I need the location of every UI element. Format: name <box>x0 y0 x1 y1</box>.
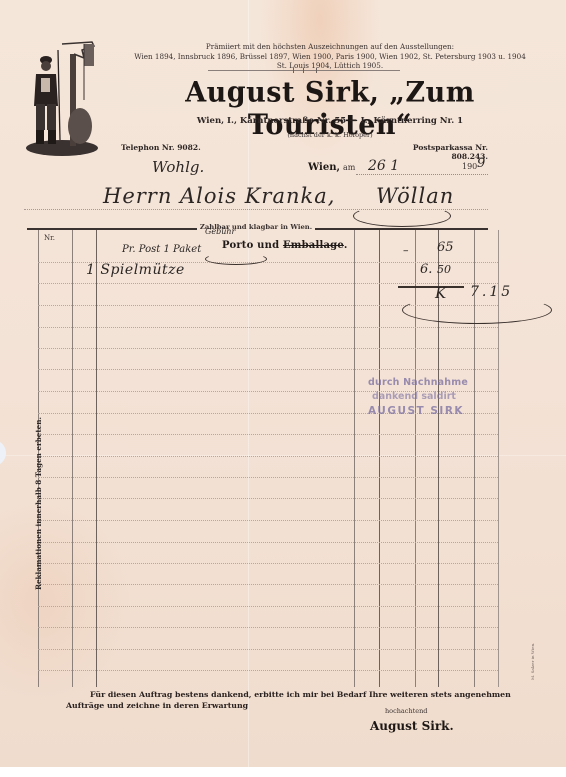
ornament-center <box>293 68 317 73</box>
row1-flourish <box>205 253 267 265</box>
row2-kronen: 6. <box>420 262 432 277</box>
row1-description: Pr. Post 1 Paket <box>122 244 201 255</box>
emballage-struck: Emballage <box>283 240 344 251</box>
printer-mark: M. Salzer in Wien. <box>530 643 535 680</box>
row-line <box>38 542 498 543</box>
row-line <box>38 520 498 521</box>
stamp-line-1: durch Nachnahme <box>368 376 488 390</box>
payable-rule-left <box>27 228 197 230</box>
porto-period: . <box>344 240 348 251</box>
row-line <box>38 670 498 671</box>
address-note: (nächst der k. k. Hofoper) <box>120 131 540 139</box>
closing-line-1: Für diesen Auftrag bestens dankend, erbi… <box>90 690 511 699</box>
complaints-note: Reklamationen innerhalb 8 Tagen erbeten. <box>34 417 43 590</box>
awards-line-2: Wien 1894, Innsbruck 1896, Brüssel 1897,… <box>120 52 540 62</box>
year-printed: 190 <box>462 162 477 171</box>
row-line <box>38 649 498 650</box>
row-line <box>38 456 498 457</box>
row1-printed-label: Porto und Emballage. <box>222 240 348 251</box>
date-prefix: am <box>343 163 355 172</box>
row1-heller: 65 <box>437 240 454 255</box>
awards-line-1: Prämiiert mit den höchsten Auszeichnunge… <box>120 42 540 52</box>
column-header-nr: Nr. <box>44 234 55 242</box>
year-handwritten: 9 <box>477 156 485 171</box>
payable-rule-right <box>315 228 488 230</box>
town-underline-flourish <box>353 205 451 227</box>
scan-border <box>0 767 566 777</box>
row-line <box>38 283 498 284</box>
salutation-handwritten: Wohlg. <box>152 158 204 176</box>
stamp-line-2: dankend saldirt <box>368 390 488 404</box>
recipient-name: Herrn Alois Kranka, <box>103 184 335 208</box>
date-dotted-line <box>356 174 488 175</box>
row-line <box>38 584 498 585</box>
row2-description: 1 Spielmütze <box>86 262 185 278</box>
column-line <box>354 230 355 687</box>
row-line <box>38 348 498 349</box>
signature: August Sirk. <box>370 719 454 733</box>
date-handwritten: 26 1 <box>368 158 399 174</box>
place-label: Wien, <box>308 162 340 173</box>
row-line <box>38 498 498 499</box>
column-line <box>379 230 380 687</box>
firm-address: Wien, I., Kärntnerstraße Nr. 55 — I., Kä… <box>120 116 540 126</box>
row2-heller: 50 <box>437 263 451 276</box>
row-line <box>38 606 498 607</box>
paid-stamp: durch Nachnahme dankend saldirt AUGUST S… <box>368 376 488 418</box>
row-line <box>38 434 498 435</box>
recipient-town: Wöllan <box>376 184 454 208</box>
column-line <box>415 230 416 687</box>
column-line <box>96 230 97 687</box>
porto-text: Porto und <box>222 240 283 251</box>
row1-handwritten-note: Gebühr <box>205 227 235 236</box>
stamp-line-3: AUGUST SIRK <box>368 404 488 418</box>
row1-kronen: – <box>403 244 409 257</box>
row-line <box>38 563 498 564</box>
row-line <box>38 327 498 328</box>
awards-notice: Prämiiert mit den höchsten Auszeichnunge… <box>120 42 540 71</box>
sum-rule <box>398 286 464 288</box>
closing-line-2: Aufträge und zeichne in deren Erwartung <box>66 701 248 710</box>
regards: hochachtend <box>385 707 427 715</box>
column-line <box>72 230 73 687</box>
row2-item: Spielmütze <box>100 262 184 278</box>
total-flourish <box>402 296 552 324</box>
tyrolean-hiker-icon <box>24 40 100 158</box>
row-line <box>38 627 498 628</box>
row-line <box>38 477 498 478</box>
telephone-number: Telephon Nr. 9082. <box>121 143 201 152</box>
row-line <box>38 369 498 370</box>
row2-quantity: 1 <box>86 262 95 278</box>
